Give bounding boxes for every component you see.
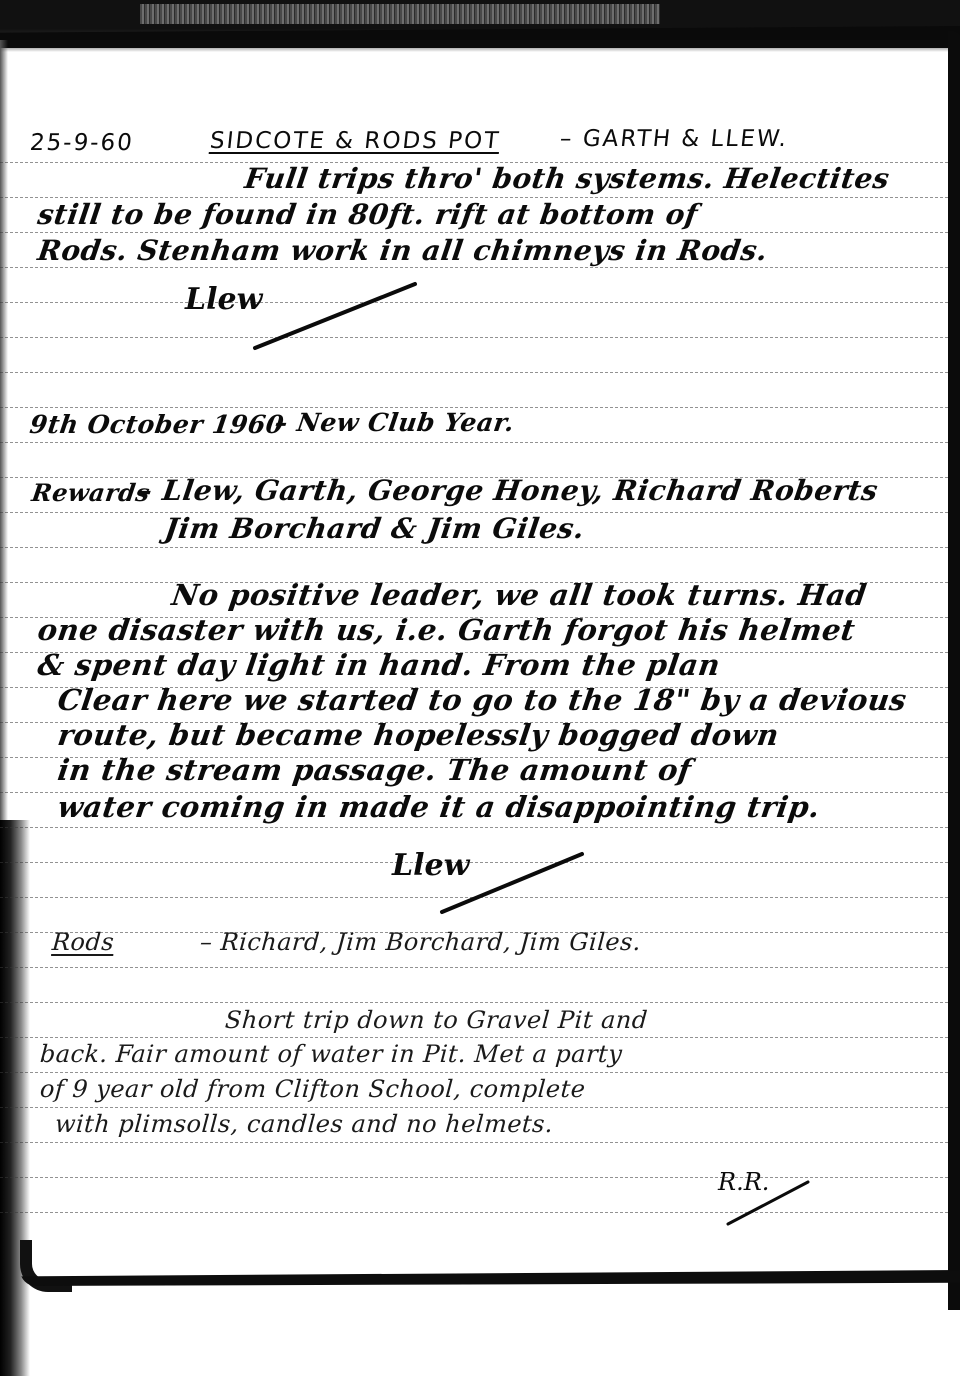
- entry-2-line: Clear here we started to go to the 18" b…: [56, 683, 909, 717]
- entry-1-party: – GARTH & LLEW.: [559, 126, 790, 152]
- entry-1-location-text: SIDCOTE & RODS POT: [209, 128, 502, 154]
- scan-margin-right: [960, 0, 966, 1376]
- signature-llew-2: Llew: [392, 848, 469, 883]
- scan-noise: [140, 4, 660, 24]
- ruled-line: [0, 267, 948, 268]
- entry-2-line: in the stream passage. The amount of: [56, 753, 694, 787]
- entry-3-line: of 9 year old from Clifton School, compl…: [39, 1075, 586, 1103]
- entry-3-party: – Richard, Jim Borchard, Jim Giles.: [199, 928, 642, 956]
- ruled-line: [0, 1072, 948, 1073]
- entry-2-title: – New Club Year.: [273, 408, 516, 437]
- ruled-line: [0, 1037, 948, 1038]
- ruled-line: [0, 302, 948, 303]
- ruled-line: [0, 827, 948, 828]
- signature-rr: R.R.: [718, 1168, 769, 1196]
- entry-3-location: Rods: [51, 928, 115, 956]
- scan-shadow-left: [0, 40, 8, 820]
- ruled-line: [0, 232, 948, 233]
- entry-3-line: with plimsolls, candles and no helmets.: [54, 1110, 554, 1138]
- entry-2-party-line: – Llew, Garth, George Honey, Richard Rob…: [136, 474, 880, 507]
- entry-1-line: still to be found in 80ft. rift at botto…: [36, 198, 700, 231]
- ruled-line: [0, 967, 948, 968]
- entry-3-line: back. Fair amount of water in Pit. Met a…: [39, 1040, 623, 1068]
- entry-1-line: Rods. Stenham work in all chimneys in Ro…: [36, 234, 770, 267]
- page-edge-bottom: [20, 1270, 960, 1286]
- entry-1-location: SIDCOTE & RODS POT: [209, 128, 502, 154]
- ruled-line: [0, 442, 948, 443]
- entry-3-location-text: Rods: [51, 928, 115, 956]
- signature-llew-1: Llew: [185, 282, 262, 317]
- entry-2-party-line: Jim Borchard & Jim Giles.: [163, 512, 587, 545]
- ruled-line: [0, 1142, 948, 1143]
- entry-2-line: & spent day light in hand. From the plan: [36, 648, 723, 682]
- entry-2-line: route, but became hopelessly bogged down: [56, 718, 782, 752]
- entry-2-date: 9th October 1960: [28, 410, 286, 439]
- entry-2-line: one disaster with us, i.e. Garth forgot …: [36, 613, 858, 647]
- signature-flourish: [718, 1172, 828, 1232]
- entry-2-line: water coming in made it a disappointing …: [56, 790, 823, 824]
- entry-2-line: No positive leader, we all took turns. H…: [170, 578, 869, 612]
- ruled-line: [0, 547, 948, 548]
- ruled-line: [0, 337, 948, 338]
- entry-3-line: Short trip down to Gravel Pit and: [224, 1006, 649, 1034]
- ruled-line: [0, 372, 948, 373]
- entry-1-date: 25-9-60: [29, 130, 135, 156]
- binding-shadow-left: [0, 820, 30, 1376]
- entry-1-line: Full trips thro' both systems. Helectite…: [243, 162, 892, 195]
- signature-flourish: [432, 842, 592, 922]
- entry-2-party-label: Rewards: [30, 478, 152, 507]
- ruled-line: [0, 1002, 948, 1003]
- signature-flourish: [245, 278, 425, 358]
- ruled-line: [0, 1107, 948, 1108]
